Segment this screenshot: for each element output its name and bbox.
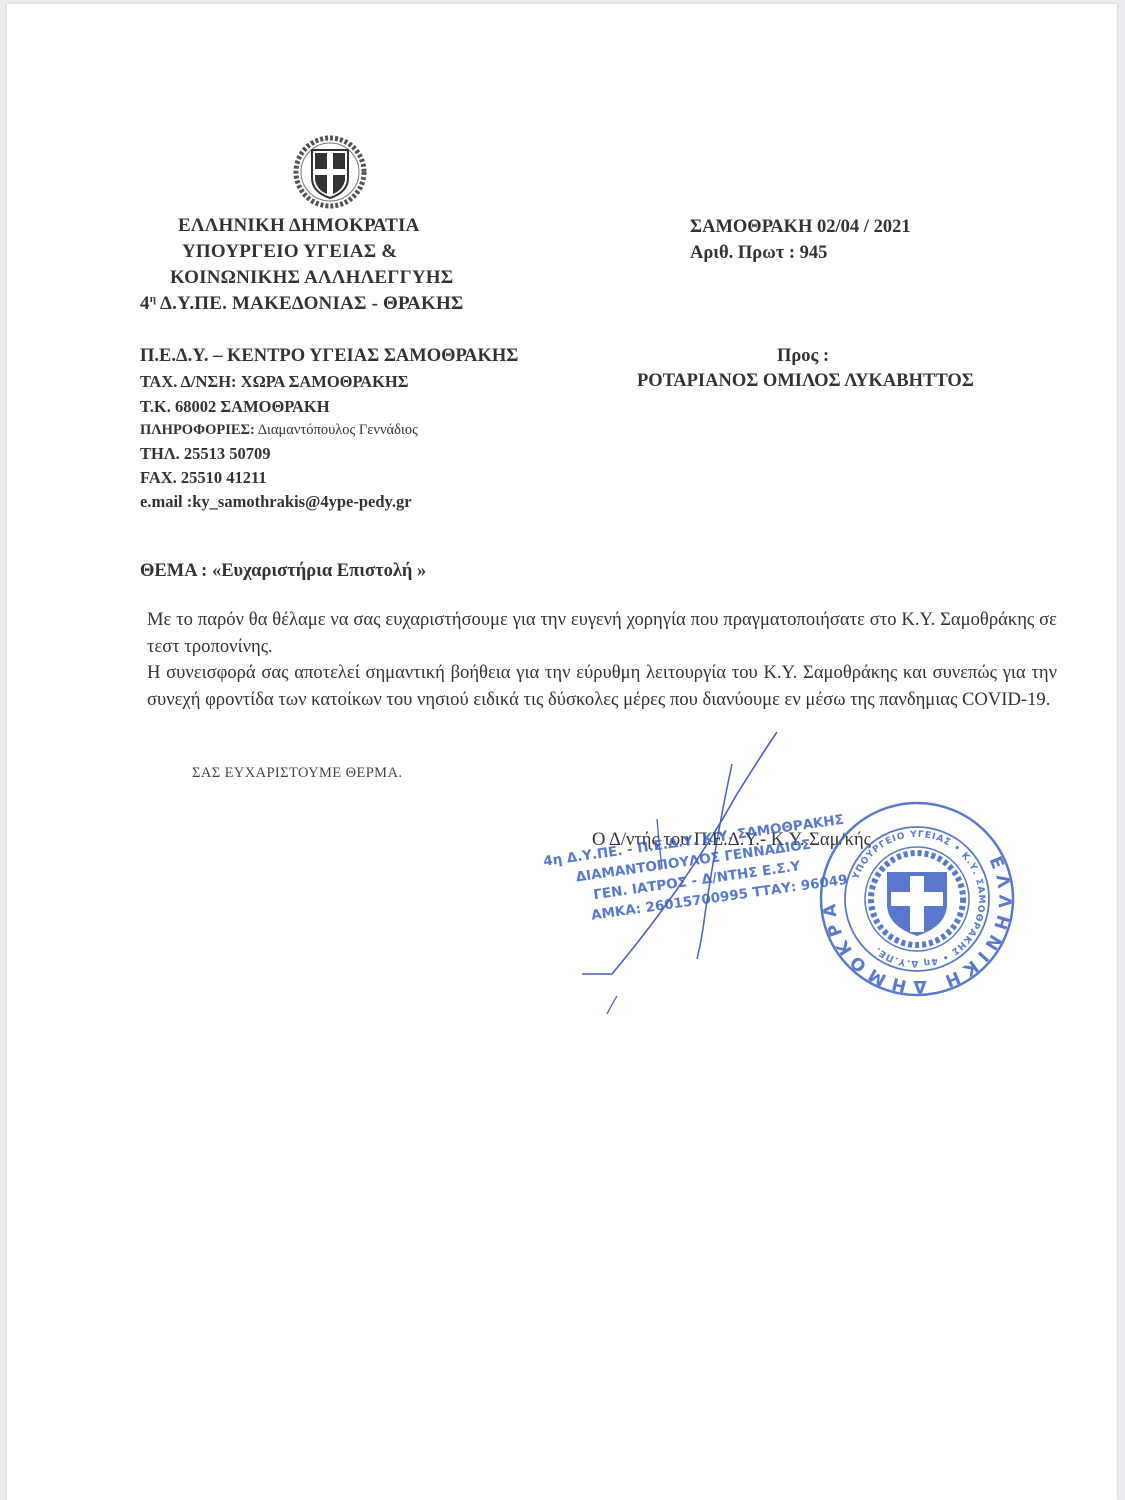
sender-postal-code: Τ.Κ. 68002 ΣΑΜΟΘΡΑΚΗ [140,397,330,417]
body-paragraph-2: Η συνεισφορά σας αποτελεί σημαντική βοήθ… [147,660,1057,713]
greek-coat-of-arms-icon [290,132,370,212]
country-name: ΕΛΛΗΝΙΚΗ ΔΗΜΟΚΡΑΤΙΑ [178,215,420,237]
ministry-line-2: ΚΟΙΝΩΝΙΚΗΣ ΑΛΛΗΛΕΓΓΥΗΣ [170,267,453,289]
letter-subject: ΘΕΜΑ : «Ευχαριστήρια Επιστολή » [140,561,426,582]
sender-contact-person: ΠΛΗΡΟΦΟΡΙΕΣ: Διαμαντόπουλος Γεννάδιος [140,422,418,439]
sender-organization: Π.Ε.Δ.Υ. – ΚΕΝΤΡΟ ΥΓΕΙΑΣ ΣΑΜΟΘΡΑΚΗΣ [140,346,518,367]
round-seal-icon: ΕΛΛΗΝΙΚΗ ΔΗΜΟΚΡΑΤΙΑ ΥΠΟΥΡΓΕΙΟ ΥΓΕΙΑΣ • Κ… [817,794,1017,1004]
closing-thanks: ΣΑΣ ΕΥΧΑΡΙΣΤΟΥΜΕ ΘΕΡΜΑ. [192,765,402,782]
sender-fax: FAX. 25510 41211 [140,468,267,488]
recipient-label: Προς : [777,346,829,367]
letter-body: Με το παρόν θα θέλαμε να σας ευχαριστήσο… [147,607,1057,713]
body-paragraph-1: Με το παρόν θα θέλαμε να σας ευχαριστήσο… [147,607,1057,660]
protocol-number: Αριθ. Πρωτ : 945 [690,243,827,264]
sender-address: ΤΑΧ. Δ/ΝΣΗ: ΧΩΡΑ ΣΑΜΟΘΡΑΚΗΣ [140,372,409,392]
ministry-line-1: ΥΠΟΥΡΓΕΙΟ ΥΓΕΙΑΣ & [182,241,397,263]
health-region: 4η Δ.Υ.ΠΕ. ΜΑΚΕΔΟΝΙΑΣ - ΘΡΑΚΗΣ [140,293,464,315]
place-date: ΣΑΜΟΘΡΑΚΗ 02/04 / 2021 [690,217,911,238]
sender-phone: ΤΗΛ. 25513 50709 [140,444,271,464]
recipient-name: ΡΟΤΑΡΙΑΝΟΣ ΟΜΙΛΟΣ ΛΥΚΑΒΗΤΤΟΣ [637,371,974,392]
letter-page: ΕΛΛΗΝΙΚΗ ΔΗΜΟΚΡΑΤΙΑ ΥΠΟΥΡΓΕΙΟ ΥΓΕΙΑΣ & Κ… [7,4,1117,1500]
sender-email: e.mail :ky_samothrakis@4ype-pedy.gr [140,492,412,512]
